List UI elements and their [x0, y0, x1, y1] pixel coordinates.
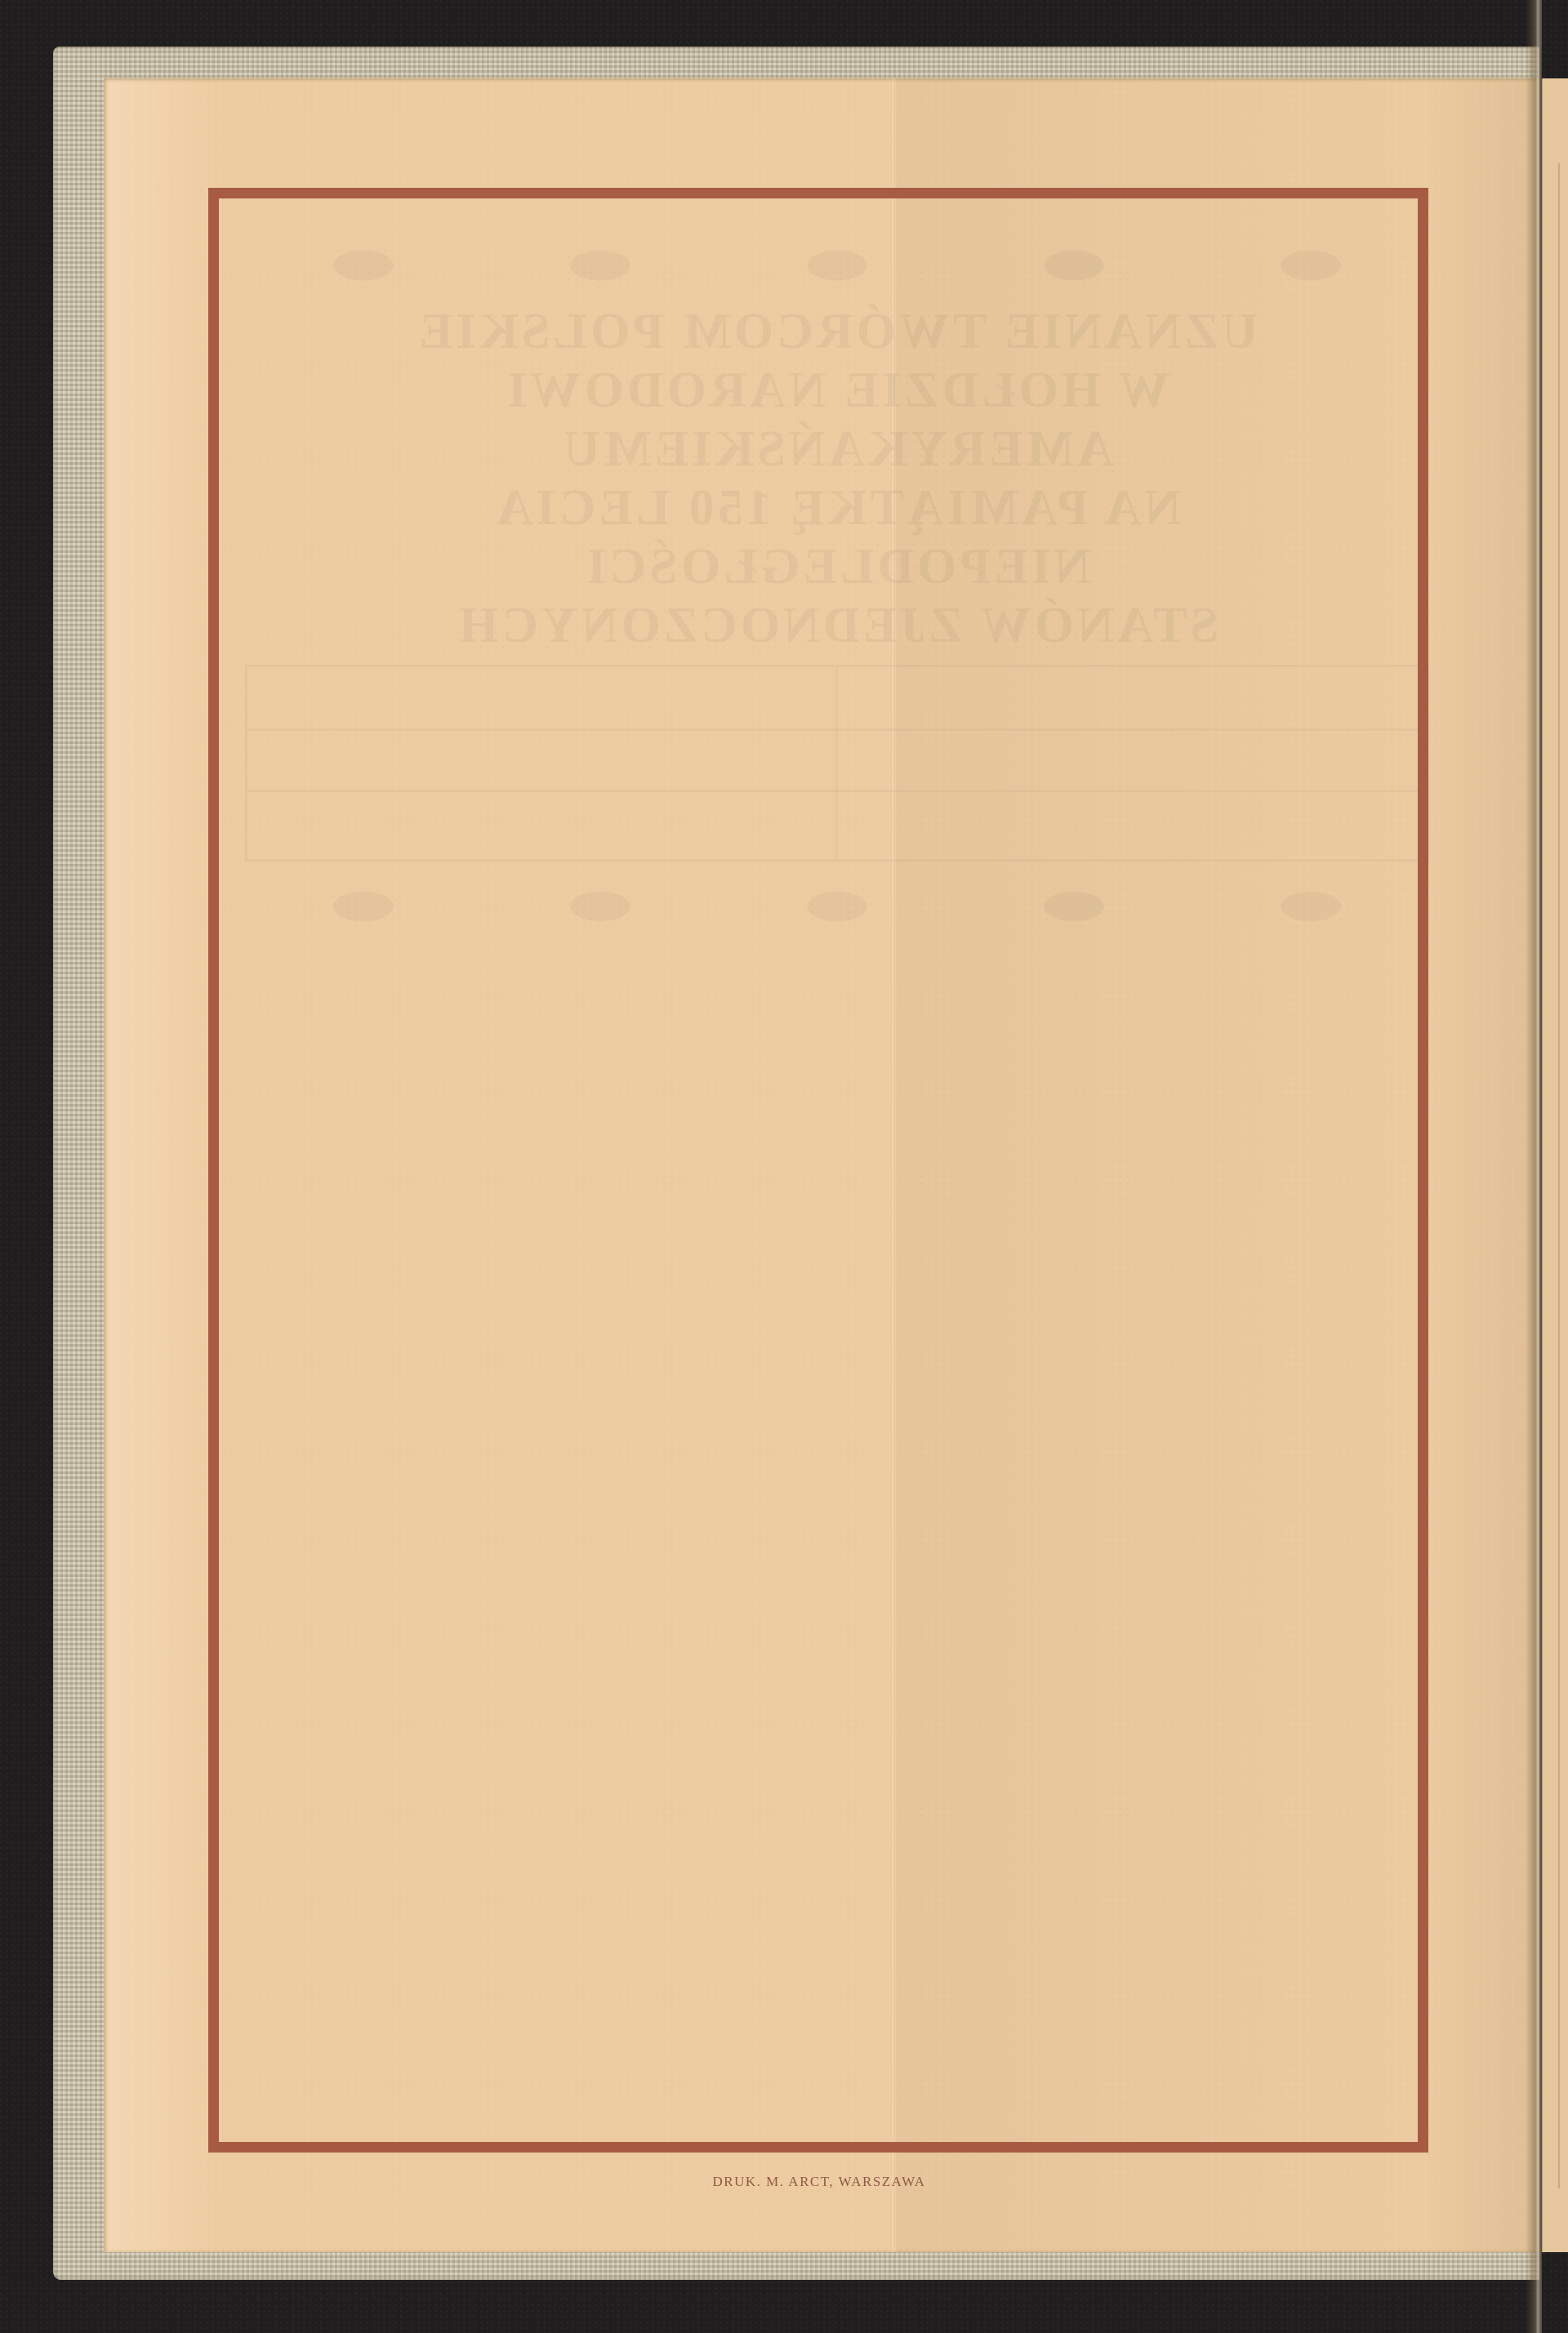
- facing-page-frame-line: [1558, 163, 1560, 2188]
- facing-page-edge: [1542, 78, 1568, 2252]
- printer-imprint: DRUK. M. ARCT, WARSZAWA: [0, 2174, 1568, 2190]
- book-gutter-shadow: [1526, 0, 1542, 2333]
- printed-border-frame: [208, 188, 1428, 2153]
